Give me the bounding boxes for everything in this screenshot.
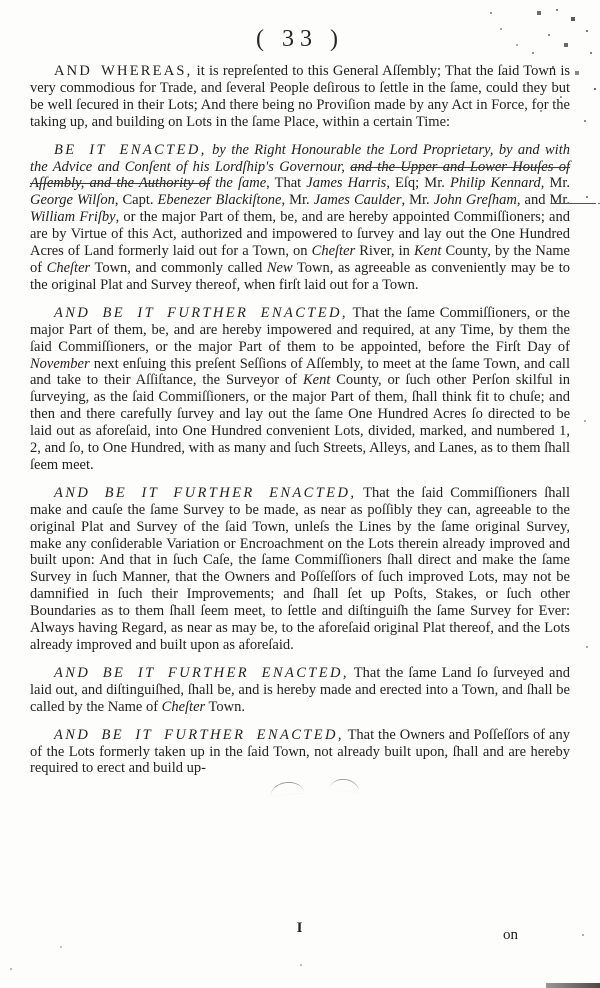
text-run-i: Cheſter	[47, 260, 91, 276]
body-paragraph: AND WHEREAS, it is repreſented to this G…	[30, 63, 570, 131]
text-run-i: Kent	[414, 243, 441, 259]
text-run-icaps: AND BE IT FURTHER ENACTED,	[54, 485, 356, 501]
text-run: , That	[266, 175, 306, 191]
page-number: ( 33 )	[0, 26, 600, 53]
text-run: River, in	[355, 243, 414, 259]
pen-stroke-line	[552, 203, 596, 204]
text-run: , Capt.	[115, 192, 158, 208]
text-run: Town.	[205, 699, 245, 715]
text-run-i: New	[267, 260, 293, 276]
text-run-i: George Wilſon	[30, 192, 115, 208]
text-run-icaps: BE IT ENACTED,	[54, 142, 207, 158]
text-run-icaps: AND BE IT FURTHER ENACTED,	[54, 305, 348, 321]
scan-edge-shadow	[546, 983, 600, 988]
text-run-i: Cheſter	[162, 699, 206, 715]
text-run-caps: AND WHEREAS,	[54, 63, 192, 79]
text-run: That the ſaid Commiſſioners ſhall make a…	[30, 485, 570, 653]
body-paragraph: AND BE IT FURTHER ENACTED, That the ſame…	[30, 665, 570, 716]
text-run-i: Cheſter	[312, 243, 356, 259]
text-run-i: the ſame	[210, 175, 266, 191]
printed-page: ( 33 ) AND WHEREAS, it is repreſented to…	[0, 0, 600, 988]
text-run-i: November	[30, 356, 90, 372]
body-paragraph: AND BE IT FURTHER ENACTED, That the ſame…	[30, 305, 570, 474]
signature-mark: I	[30, 920, 570, 937]
body-paragraph: BE IT ENACTED, by the Right Honourable t…	[30, 142, 570, 294]
catchword: on	[503, 927, 518, 944]
text-run: , Mr.	[541, 175, 570, 191]
text-run: , Mr.	[401, 192, 433, 208]
text-run-icaps: AND BE IT FURTHER ENACTED,	[54, 665, 349, 681]
text-run-i: Ebenezer Blackiſtone	[158, 192, 282, 208]
text-run-i: Kent	[303, 372, 330, 388]
text-run-i: John Greſham	[434, 192, 517, 208]
pen-mark	[269, 780, 304, 796]
text-run: , Eſq; Mr.	[386, 175, 450, 191]
pen-mark	[329, 777, 360, 793]
text-run-i: William Friſby	[30, 209, 116, 225]
text-run-i: Philip Kennard	[450, 175, 541, 191]
text-run: , and Mr.	[517, 192, 570, 208]
body-paragraph: AND BE IT FURTHER ENACTED, That the ſaid…	[30, 485, 570, 654]
body-paragraph: AND BE IT FURTHER ENACTED, That the Owne…	[30, 727, 570, 778]
text-run: , Mr.	[282, 192, 314, 208]
paper-specks	[0, 0, 2, 2]
page-footer: I on	[30, 920, 570, 942]
text-block: AND WHEREAS, it is repreſented to this G…	[30, 63, 570, 777]
text-run-i: James Harris	[306, 175, 386, 191]
text-run-icaps: AND BE IT FURTHER ENACTED,	[54, 727, 344, 743]
text-run: Town, and commonly called	[90, 260, 267, 276]
text-run-i: James Caulder	[314, 192, 402, 208]
